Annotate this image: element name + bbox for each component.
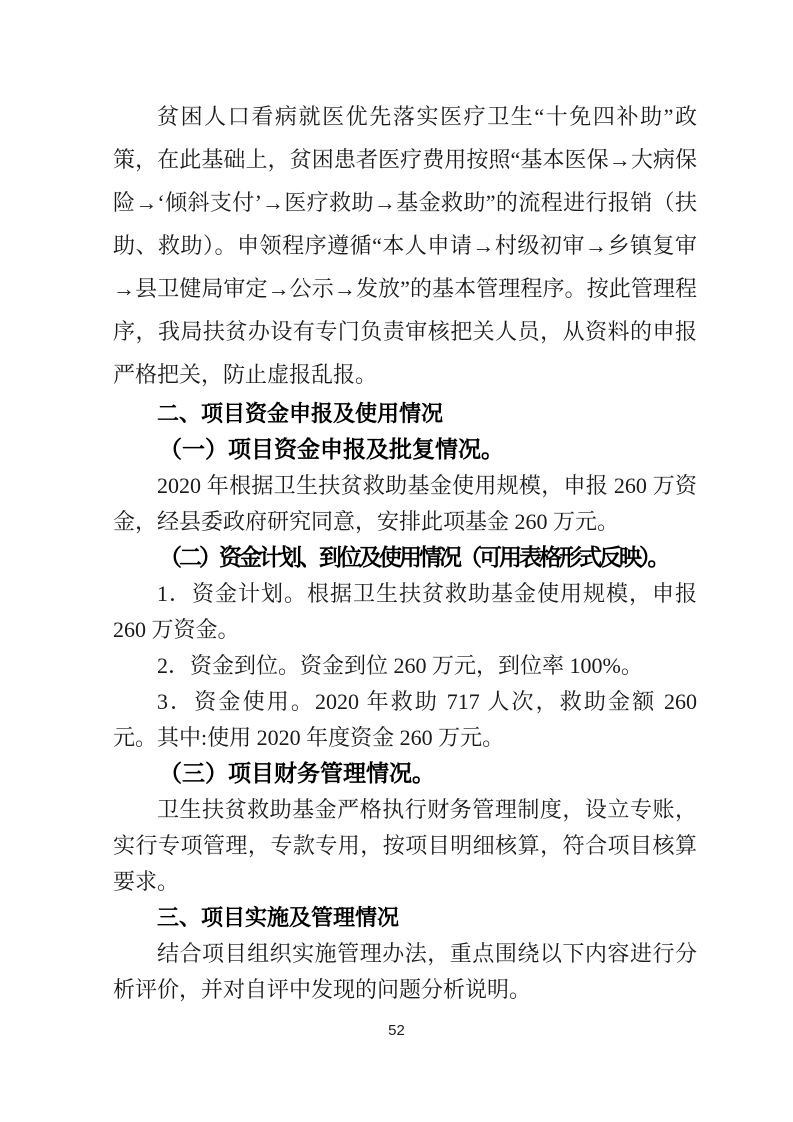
document-page: 贫困人口看病就医优先落实医疗卫生“十免四补助”政策，在此基础上，贫困患者医疗费用… [0,0,793,1122]
section2-sub3-heading: （三）项目财务管理情况。 [113,756,697,792]
intro-paragraph: 贫困人口看病就医优先落实医疗卫生“十免四补助”政策，在此基础上，贫困患者医疗费用… [113,95,697,396]
document-body: 贫困人口看病就医优先落实医疗卫生“十免四补助”政策，在此基础上，贫困患者医疗费用… [113,95,697,1008]
section2-sub1-heading: （一）项目资金申报及批复情况。 [113,432,697,468]
section2-sub2-item3: 3．资金使用。2020 年救助 717 人次，救助金额 260 元。其中:使用 … [113,684,697,756]
section2-sub2-heading: （二）资金计划、到位及使用情况（可用表格形式反映）。 [113,540,697,576]
section2-sub2-item2: 2．资金到位。资金到位 260 万元，到位率 100%。 [113,648,697,684]
section2-heading: 二、项目资金申报及使用情况 [113,396,697,432]
section2-sub3-paragraph: 卫生扶贫救助基金严格执行财务管理制度，设立专账，实行专项管理，专款专用，按项目明… [113,792,697,900]
page-number: 52 [0,1022,793,1039]
section3-heading: 三、项目实施及管理情况 [113,900,697,936]
section2-sub1-paragraph: 2020 年根据卫生扶贫救助基金使用规模，申报 260 万资金，经县委政府研究同… [113,468,697,540]
section2-sub2-item1: 1．资金计划。根据卫生扶贫救助基金使用规模，申报 260 万资金。 [113,576,697,648]
section3-paragraph: 结合项目组织实施管理办法，重点围绕以下内容进行分析评价，并对自评中发现的问题分析… [113,936,697,1008]
